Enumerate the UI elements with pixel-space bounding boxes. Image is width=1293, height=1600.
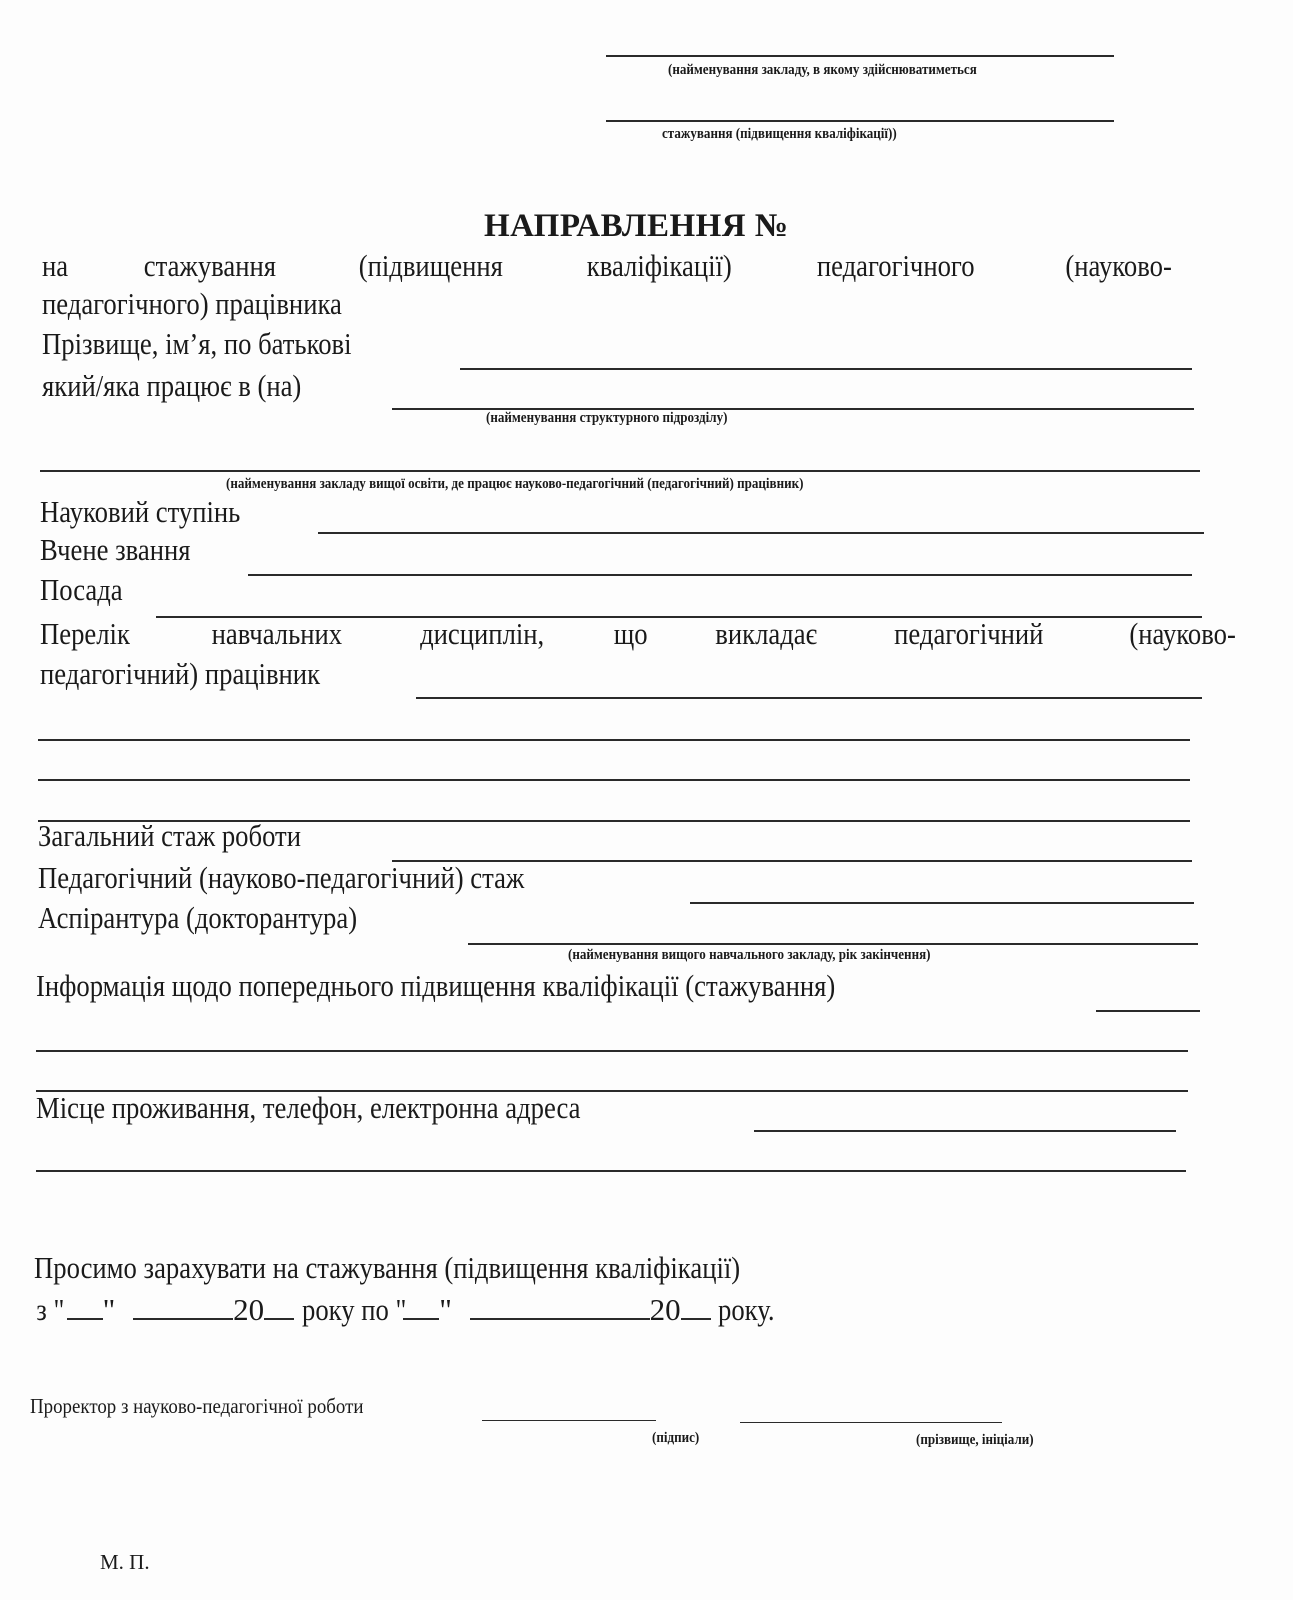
date-from-month[interactable] (133, 1294, 233, 1320)
word: що (613, 616, 647, 652)
previous-training-field-1[interactable] (1096, 1010, 1200, 1012)
word: педагогічний (894, 616, 1043, 652)
name-initials-field[interactable] (740, 1422, 1002, 1423)
date-from-year[interactable] (264, 1294, 294, 1320)
position-label: Посада (40, 572, 123, 608)
date-to-suffix: року. (718, 1292, 775, 1328)
word: (науково- (1129, 616, 1236, 652)
institution-line-2[interactable] (606, 120, 1114, 122)
intro-line-2: педагогічного) працівника (42, 286, 342, 322)
postgraduate-field[interactable] (468, 943, 1198, 945)
works-at-caption: (найменування структурного підрозділу) (486, 410, 727, 427)
teaching-experience-label: Педагогічний (науково-педагогічний) стаж (38, 860, 524, 896)
word: кваліфікації) (587, 248, 732, 284)
date-from-day[interactable] (67, 1294, 103, 1320)
date-to-prefix: року по " (302, 1292, 406, 1328)
previous-training-label: Інформація щодо попереднього підвищення … (36, 968, 835, 1004)
word: дисциплін, (420, 616, 544, 652)
works-at-label: який/яка працює в (на) (42, 368, 301, 404)
contacts-field-1[interactable] (754, 1130, 1176, 1132)
disciplines-field-3[interactable] (38, 779, 1190, 781)
word: на (42, 248, 68, 284)
disciplines-label-line-2: педагогічний) працівник (40, 656, 320, 692)
institution-caption: (найменування закладу вищої освіти, де п… (226, 476, 804, 493)
date-from-quote: " (103, 1292, 116, 1327)
word: Перелік (40, 616, 130, 652)
postgraduate-caption: (найменування вищого навчального закладу… (568, 947, 930, 964)
academic-title-label: Вчене звання (40, 532, 191, 568)
name-initials-caption: (прізвище, ініціали) (916, 1432, 1034, 1449)
disciplines-field-2[interactable] (38, 739, 1190, 741)
institution-field[interactable] (40, 470, 1200, 472)
total-experience-label: Загальний стаж роботи (38, 818, 301, 854)
teaching-experience-field[interactable] (690, 902, 1194, 904)
stamp-mark: М. П. (100, 1550, 150, 1575)
contacts-label: Місце проживання, телефон, електронна ад… (36, 1090, 580, 1126)
date-from-prefix: з " (36, 1292, 64, 1328)
degree-label: Науковий ступінь (40, 494, 240, 530)
full-name-field[interactable] (460, 368, 1192, 370)
full-name-label: Прізвище, ім’я, по батькові (42, 326, 352, 362)
date-from-year-prefix: 20 (233, 1292, 264, 1327)
contacts-field-2[interactable] (36, 1170, 1186, 1172)
word: викладає (715, 616, 817, 652)
word: педагогічного (817, 248, 975, 284)
disciplines-label-line-1: Перелікнавчальнихдисциплін,щовикладаєпед… (40, 616, 1236, 652)
intro-line-1: настажування(підвищеннякваліфікації)педа… (42, 248, 1172, 284)
previous-training-field-2[interactable] (36, 1050, 1188, 1052)
academic-title-field[interactable] (248, 574, 1192, 576)
signature-caption: (підпис) (652, 1430, 699, 1447)
date-to-day[interactable] (403, 1294, 439, 1320)
page-title: НАПРАВЛЕННЯ № (484, 208, 789, 245)
institution-line-1[interactable] (606, 55, 1114, 57)
word: (науково- (1065, 248, 1172, 284)
header-caption-1: (найменування закладу, в якому здійснюва… (668, 62, 977, 79)
date-to-quote: " (439, 1292, 452, 1327)
date-to-year-prefix: 20 (650, 1292, 681, 1327)
postgraduate-label: Аспірантура (докторантура) (38, 900, 357, 936)
disciplines-field-1[interactable] (416, 697, 1202, 699)
word: (підвищення (359, 248, 503, 284)
date-to-year[interactable] (681, 1294, 711, 1320)
word: навчальних (212, 616, 342, 652)
degree-field[interactable] (318, 532, 1204, 534)
header-caption-2: стажування (підвищення кваліфікації)) (662, 126, 897, 143)
word: стажування (144, 248, 276, 284)
request-text: Просимо зарахувати на стажування (підвищ… (34, 1250, 740, 1286)
signature-role: Проректор з науково-педагогічної роботи (30, 1394, 363, 1419)
signature-field[interactable] (482, 1420, 656, 1421)
date-to-month[interactable] (470, 1294, 650, 1320)
request-dates: з "" 20 року по "" 20 року. (34, 1292, 784, 1328)
